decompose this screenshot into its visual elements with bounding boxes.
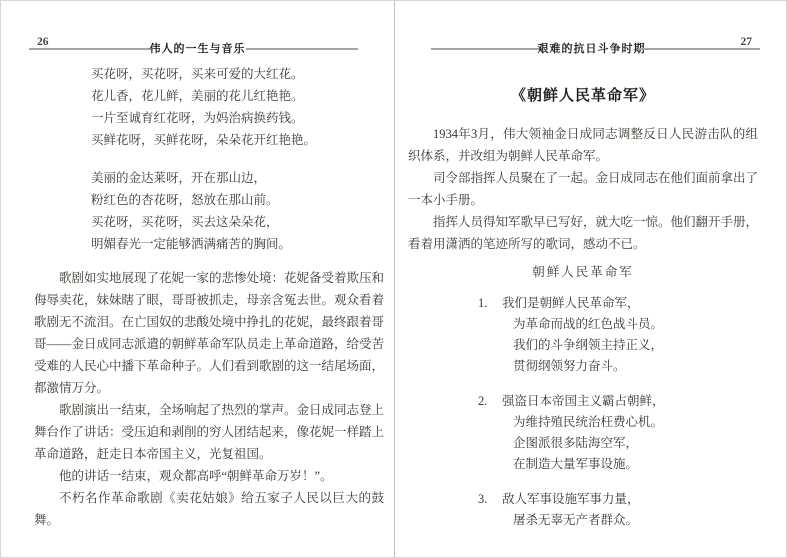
verse-line: 强盗日本帝国主义霸占朝鲜，: [502, 391, 758, 412]
page-left: 26 伟人的一生与音乐 买花呀，买花呀，买来可爱的大红花。 花儿香，花儿鲜，美丽…: [1, 1, 394, 557]
song-title: 朝鲜人民革命军: [408, 261, 758, 283]
poem-line: 买鲜花呀，买鲜花呀，朵朵花开红艳艳。: [91, 129, 384, 151]
verse-line: 企图派很多陆海空军，: [502, 433, 758, 454]
body-paragraph: 司令部指挥人员聚在了一起。金日成同志在他们面前拿出了一本小手册。: [408, 167, 758, 211]
poem-stanza-2: 美丽的金达莱呀，开在那山边， 粉红色的杏花呀，怒放在那山前。 买花呀，买花呀，买…: [91, 167, 384, 255]
verse-lines: 强盗日本帝国主义霸占朝鲜， 为维持殖民统治枉费心机。 企图派很多陆海空军， 在制…: [502, 391, 758, 475]
verse-line: 敌人军事设施军事力量，: [502, 489, 758, 510]
poem-line: 一片至诚育红花呀，为妈治病换药钱。: [91, 107, 384, 129]
left-header-title: 伟人的一生与音乐: [150, 40, 246, 56]
left-page-number: 26: [37, 36, 49, 48]
song-verse-1: 1. 我们是朝鲜人民革命军， 为革命而战的红色战斗员。 我们的斗争纲领主持正义，…: [478, 293, 758, 377]
body-paragraph: 歌剧演出一结束，全场响起了热烈的掌声。金日成同志登上舞台作了讲话：受压迫和剥削的…: [34, 399, 384, 465]
verse-line: 为革命而战的红色战斗员。: [502, 314, 758, 335]
verse-line: 我们是朝鲜人民革命军，: [502, 293, 758, 314]
verse-number: 3.: [478, 489, 502, 531]
poem-line: 买花呀，买花呀，买来可爱的大红花。: [91, 63, 384, 85]
poem-line: 花儿香，花儿鲜，美丽的花儿红艳艳。: [91, 85, 384, 107]
poem-line: 粉红色的杏花呀，怒放在那山前。: [91, 189, 384, 211]
book-spread: 26 伟人的一生与音乐 买花呀，买花呀，买来可爱的大红花。 花儿香，花儿鲜，美丽…: [0, 0, 787, 558]
right-page-body: 《朝鲜人民革命军》 1934年3月，伟大领袖金日成同志调整反日人民游击队的组织体…: [395, 85, 787, 531]
right-page-number: 27: [741, 36, 753, 48]
verse-line: 为维持殖民统治枉费心机。: [502, 412, 758, 433]
body-paragraph: 1934年3月，伟大领袖金日成同志调整反日人民游击队的组织体系，并改组为朝鲜人民…: [408, 123, 758, 167]
poem-line: 买花呀，买花呀，买去这朵朵花，: [91, 211, 384, 233]
body-paragraph: 指挥人员得知军歌早已写好，就大吃一惊。他们翻开手册，看着用潇洒的笔迹所写的歌词，…: [408, 211, 758, 255]
body-paragraph: 他的讲话一结束，观众都高呼“朝鲜革命万岁！”。: [34, 465, 384, 487]
verse-line: 在制造大量军事设施。: [502, 454, 758, 475]
poem-stanza-1: 买花呀，买花呀，买来可爱的大红花。 花儿香，花儿鲜，美丽的花儿红艳艳。 一片至诚…: [91, 63, 384, 151]
right-running-head: 艰难的抗日斗争时期 27: [395, 1, 787, 59]
verse-number: 1.: [478, 293, 502, 377]
verse-line: 屠杀无辜无产者群众。: [502, 510, 758, 531]
chapter-title: 《朝鲜人民革命军》: [408, 85, 758, 107]
verse-line: 贯彻纲领努力奋斗。: [502, 356, 758, 377]
left-running-head: 26 伟人的一生与音乐: [1, 1, 394, 59]
right-header-rule-left: [431, 48, 543, 50]
poem-line: 美丽的金达莱呀，开在那山边，: [91, 167, 384, 189]
left-page-body: 买花呀，买花呀，买来可爱的大红花。 花儿香，花儿鲜，美丽的花儿红艳艳。 一片至诚…: [1, 59, 394, 531]
verse-lines: 敌人军事设施军事力量， 屠杀无辜无产者群众。: [502, 489, 758, 531]
poem-line: 明媚春光一定能够洒满痛苦的胸间。: [91, 233, 384, 255]
left-header-rule-left: [29, 48, 151, 50]
song-verse-3: 3. 敌人军事设施军事力量， 屠杀无辜无产者群众。: [478, 489, 758, 531]
right-header-rule-right: [638, 48, 760, 50]
verse-number: 2.: [478, 391, 502, 475]
song-verse-2: 2. 强盗日本帝国主义霸占朝鲜， 为维持殖民统治枉费心机。 企图派很多陆海空军，…: [478, 391, 758, 475]
body-paragraph: 不朽名作革命歌剧《卖花姑娘》给五家子人民以巨大的鼓舞。: [34, 487, 384, 531]
verse-line: 我们的斗争纲领主持正义，: [502, 335, 758, 356]
body-paragraph: 歌剧如实地展现了花妮一家的悲惨处境：花妮备受着欺压和侮辱卖花，妹妹瞎了眼，哥哥被…: [34, 267, 384, 399]
verse-lines: 我们是朝鲜人民革命军， 为革命而战的红色战斗员。 我们的斗争纲领主持正义， 贯彻…: [502, 293, 758, 377]
left-header-rule-right: [246, 48, 358, 50]
page-right: 艰难的抗日斗争时期 27 《朝鲜人民革命军》 1934年3月，伟大领袖金日成同志…: [395, 1, 787, 557]
right-header-title: 艰难的抗日斗争时期: [538, 40, 646, 56]
